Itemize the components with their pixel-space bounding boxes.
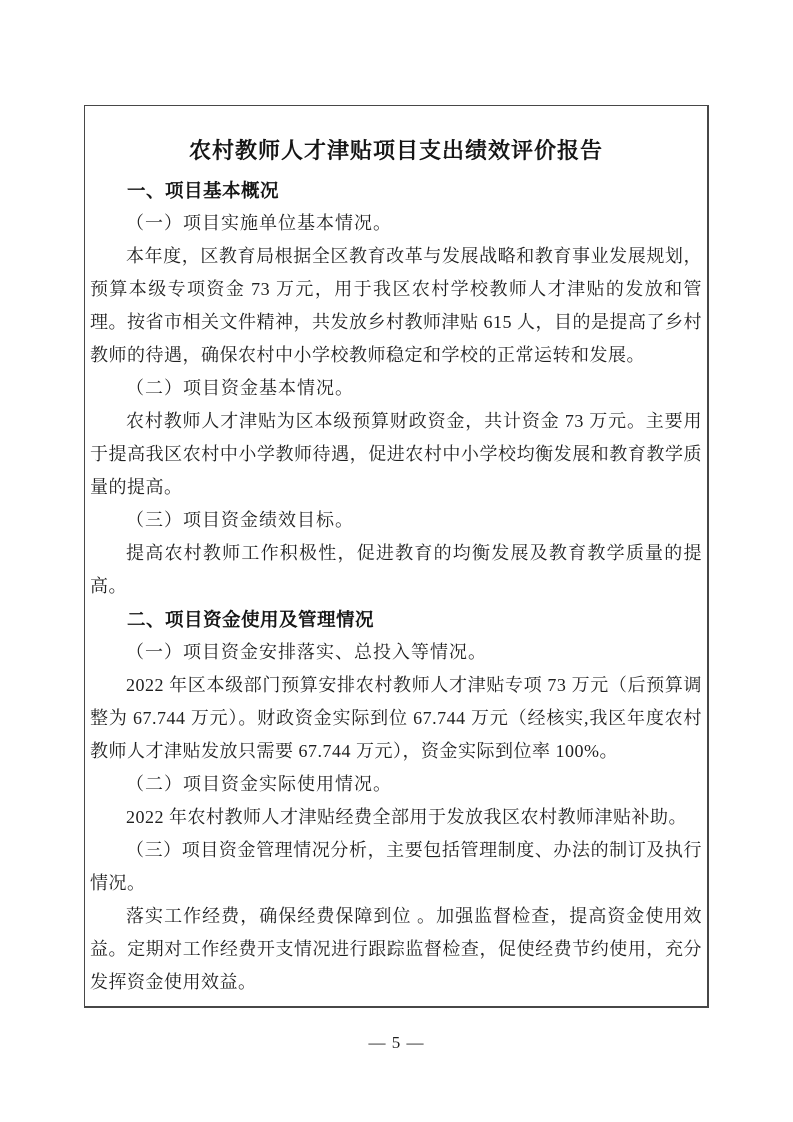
section-1-paragraph-3: 提高农村教师工作积极性，促进教育的均衡发展及教育教学质量的提高。 [90, 537, 702, 603]
section-2-subheading-2: （二）项目资金实际使用情况。 [90, 768, 702, 801]
section-2-subheading-1: （一）项目资金安排落实、总投入等情况。 [90, 636, 702, 669]
section-2-paragraph-4: 落实工作经费，确保经费保障到位 。加强监督检查，提高资金使用效益。定期对工作经费… [90, 900, 702, 999]
section-1-subheading-1: （一）项目实施单位基本情况。 [90, 207, 702, 240]
section-2-heading: 二、项目资金使用及管理情况 [90, 603, 702, 636]
section-2-paragraph-3: （三）项目资金管理情况分析，主要包括管理制度、办法的制订及执行情况。 [90, 834, 702, 900]
section-2-paragraph-2: 2022 年农村教师人才津贴经费全部用于发放我区农村教师津贴补助。 [90, 801, 702, 834]
section-2-paragraph-1: 2022 年区本级部门预算安排农村教师人才津贴专项 73 万元（后预算调整为 6… [90, 669, 702, 768]
report-title: 农村教师人才津贴项目支出绩效评价报告 [90, 134, 702, 168]
section-1-paragraph-1: 本年度，区教育局根据全区教育改革与发展战略和教育事业发展规划，预算本级专项资金 … [90, 240, 702, 372]
document-page: 农村教师人才津贴项目支出绩效评价报告 一、项目基本概况 （一）项目实施单位基本情… [0, 0, 793, 1122]
section-1-paragraph-2: 农村教师人才津贴为区本级预算财政资金，共计资金 73 万元。主要用于提高我区农村… [90, 405, 702, 504]
section-1-heading: 一、项目基本概况 [90, 174, 702, 207]
section-1-subheading-3: （三）项目资金绩效目标。 [90, 504, 702, 537]
page-number: — 5 — [0, 1033, 793, 1053]
section-1-subheading-2: （二）项目资金基本情况。 [90, 372, 702, 405]
report-border-box: 农村教师人才津贴项目支出绩效评价报告 一、项目基本概况 （一）项目实施单位基本情… [84, 105, 709, 1008]
